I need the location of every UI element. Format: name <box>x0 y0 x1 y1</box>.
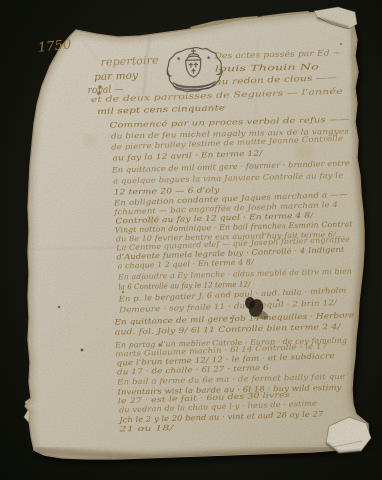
photo-of-manuscript: 1750 repertoirepar moyroyal —Des actes p… <box>0 0 382 480</box>
photo-grain-overlay <box>0 0 382 480</box>
manuscript-scan: 1750 repertoirepar moyroyal —Des actes p… <box>0 0 382 480</box>
